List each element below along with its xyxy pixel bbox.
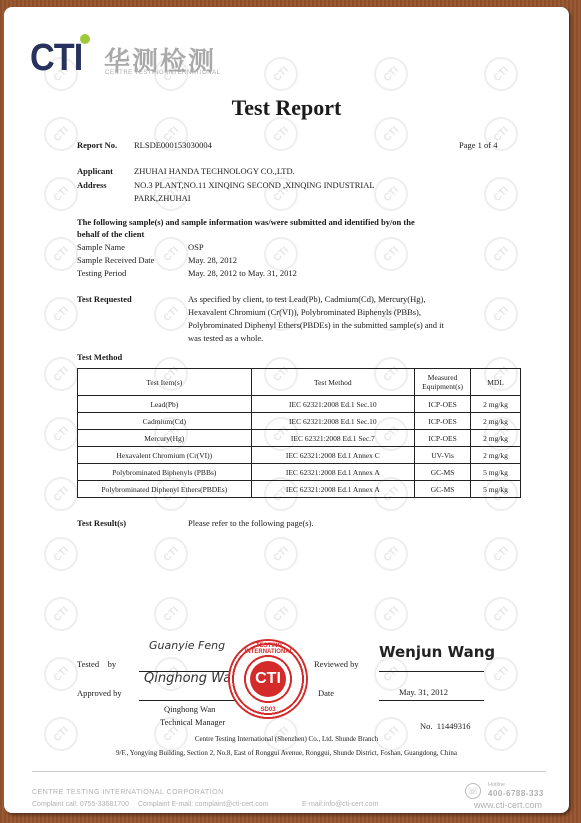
approved-by-signature: Qinghong Wan [144,671,240,686]
phone-icon: ☏ [465,783,481,799]
column-header-test-method: Test Method [251,369,415,396]
address-line-1: NO.3 PLANT,NO.11 XINQING SECOND ,XINQING… [134,180,375,190]
cti-watermark-icon: CTI [257,590,305,638]
cell-test-item: Polybrominated Biphenyls (PBBs) [78,464,252,481]
received-date-value: May. 28, 2012 [188,255,237,265]
footer-email[interactable]: E-mail:info@cti-cert.com [302,801,378,808]
cti-watermark-icon: CTI [477,170,525,218]
serial-number: No. 11449316 [420,721,470,731]
cell-mdl: 2 mg/kg [471,396,521,413]
test-method-table: Test Item(s) Test Method Measured Equipm… [77,368,521,498]
cti-watermark-icon: CTI [37,530,85,578]
tested-by-label: Tested by [77,659,116,669]
issuer-address: 9/F., Yongying Building, Section 2, No.8… [4,749,569,757]
cell-equipment: GC-MS [415,464,471,481]
page-title: Test Report [4,95,569,121]
test-result-label: Test Result(s) [77,518,126,528]
tested-by-signature: Guanyie Feng [149,639,225,652]
footer-complaint-email[interactable]: Complaint E-mail: complaint@cti-cert.com [138,801,268,808]
date-line [379,700,484,701]
test-requested-line-1: As specified by client, to test Lead(Pb)… [188,294,425,304]
applicant-value: ZHUHAI HANDA TECHNOLOGY CO.,LTD. [134,166,295,176]
cti-watermark-icon: CTI [257,50,305,98]
column-header-test-item: Test Item(s) [78,369,252,396]
testing-period-value: May. 28, 2012 to May. 31, 2012 [188,268,297,278]
cell-test-method: IEC 62321:2008 Ed.1 Annex A [251,464,415,481]
cell-test-method: IEC 62321:2008 Ed.1 Sec.7 [251,430,415,447]
sample-name-label: Sample Name [77,242,125,252]
cti-watermark-icon: CTI [367,170,415,218]
cti-watermark-icon: CTI [147,590,195,638]
testing-period-label: Testing Period [77,268,126,278]
cti-logo: CTI [30,37,82,80]
date-label: Date [318,688,334,698]
cti-watermark-icon: CTI [367,50,415,98]
seal-center-logo: CTI [250,661,286,697]
cell-test-method: IEC 62321:2008 Ed.1 Annex C [251,447,415,464]
test-requested-label: Test Requested [77,294,132,304]
cell-test-method: IEC 62321:2008 Ed.1 Sec.10 [251,413,415,430]
cti-watermark-icon: CTI [37,590,85,638]
table-row: Lead(Pb)IEC 62321:2008 Ed.1 Sec.10ICP-OE… [78,396,521,413]
cell-test-item: Mercury(Hg) [78,430,252,447]
reviewed-by-signature: Wenjun Wang [379,643,495,661]
applicant-label: Applicant [77,166,113,176]
test-requested-line-3: Polybrominated Diphenyl Ethers(PBDEs) in… [188,320,444,330]
table-row: Cadmium(Cd)IEC 62321:2008 Ed.1 Sec.10ICP… [78,413,521,430]
cti-watermark-icon: CTI [257,530,305,578]
test-method-label: Test Method [77,352,122,362]
cell-test-method: IEC 62321:2008 Ed.1 Annex A [251,481,415,498]
table-row: Mercury(Hg)IEC 62321:2008 Ed.1 Sec.7ICP-… [78,430,521,447]
logo-dot-icon [80,34,90,44]
table-header-row: Test Item(s) Test Method Measured Equipm… [78,369,521,396]
cell-equipment: ICP-OES [415,430,471,447]
test-requested-line-2: Hexavalent Chromium (Cr(VI)), Polybromin… [188,307,421,317]
sample-intro-line-1: The following sample(s) and sample infor… [77,217,415,227]
cell-equipment: ICP-OES [415,396,471,413]
cell-test-item: Lead(Pb) [78,396,252,413]
cti-watermark-icon: CTI [477,590,525,638]
address-label: Address [77,180,107,190]
cti-watermark-icon: CTI [477,230,525,278]
table-row: Hexavalent Chromium (Cr(VI))IEC 62321:20… [78,447,521,464]
cell-test-item: Polybrominated Diphenyl Ethers(PBDEs) [78,481,252,498]
cti-watermark-icon: CTI [477,50,525,98]
cell-equipment: UV-Vis [415,447,471,464]
logo-english-name: CENTRE TESTING INTERNATIONAL [105,70,220,76]
column-header-equipment: Measured Equipment(s) [415,369,471,396]
cti-watermark-icon: CTI [367,230,415,278]
cell-mdl: 5 mg/kg [471,464,521,481]
table-row: Polybrominated Diphenyl Ethers(PBDEs)IEC… [78,481,521,498]
date-value: May. 31, 2012 [399,687,448,697]
cti-watermark-icon: CTI [367,590,415,638]
seal-top-text: TESTING INTERNATIONAL [234,643,304,655]
reviewed-by-label: Reviewed by [314,659,359,669]
table-row: Polybrominated Biphenyls (PBBs)IEC 62321… [78,464,521,481]
report-no-label: Report No. [77,140,117,150]
cti-watermark-icon: CTI [37,170,85,218]
cell-test-method: IEC 62321:2008 Ed.1 Sec.10 [251,396,415,413]
cell-equipment: GC-MS [415,481,471,498]
report-no-value: RLSDE000153030004 [134,140,212,150]
footer-complaint-call: Complaint call: 0755-33681700 [32,801,129,808]
sample-name-value: OSP [188,242,204,252]
cti-watermark-icon: CTI [477,290,525,338]
cti-watermark-icon: CTI [147,530,195,578]
hotline-number: 400-6788-333 [488,789,544,798]
column-header-mdl: MDL [471,369,521,396]
report-page: CTICTICTICTICTICTICTICTICTICTICTICTICTIC… [4,7,569,813]
approver-title: Technical Manager [160,717,225,727]
cell-mdl: 5 mg/kg [471,481,521,498]
cti-watermark-icon: CTI [257,170,305,218]
footer-website[interactable]: www.cti-cert.com [474,800,542,810]
cti-watermark-icon: CTI [477,530,525,578]
approver-name: Qinghong Wan [164,704,215,714]
cell-mdl: 2 mg/kg [471,413,521,430]
sample-intro-line-2: behalf of the client [77,229,144,239]
approved-by-label: Approved by [77,688,122,698]
test-requested-line-4: was tested as a whole. [188,333,263,343]
test-result-value: Please refer to the following page(s). [188,518,314,528]
cell-equipment: ICP-OES [415,413,471,430]
cell-test-item: Hexavalent Chromium (Cr(VI)) [78,447,252,464]
page-indicator: Page 1 of 4 [459,140,497,150]
reviewed-by-line [379,671,484,672]
address-line-2: PARK,ZHUHAI [134,193,191,203]
seal-bottom-text: SD03 [250,707,286,713]
received-date-label: Sample Received Date [77,255,154,265]
issuer-company: Centre Testing International (Shenzhen) … [4,735,569,743]
footer-corporation: CENTRE TESTING INTERNATIONAL CORPORATION [32,789,224,796]
cti-watermark-icon: CTI [367,530,415,578]
footer-separator [32,771,546,772]
hotline-label: Hotline [488,782,505,788]
cell-mdl: 2 mg/kg [471,430,521,447]
cell-test-item: Cadmium(Cd) [78,413,252,430]
cell-mdl: 2 mg/kg [471,447,521,464]
